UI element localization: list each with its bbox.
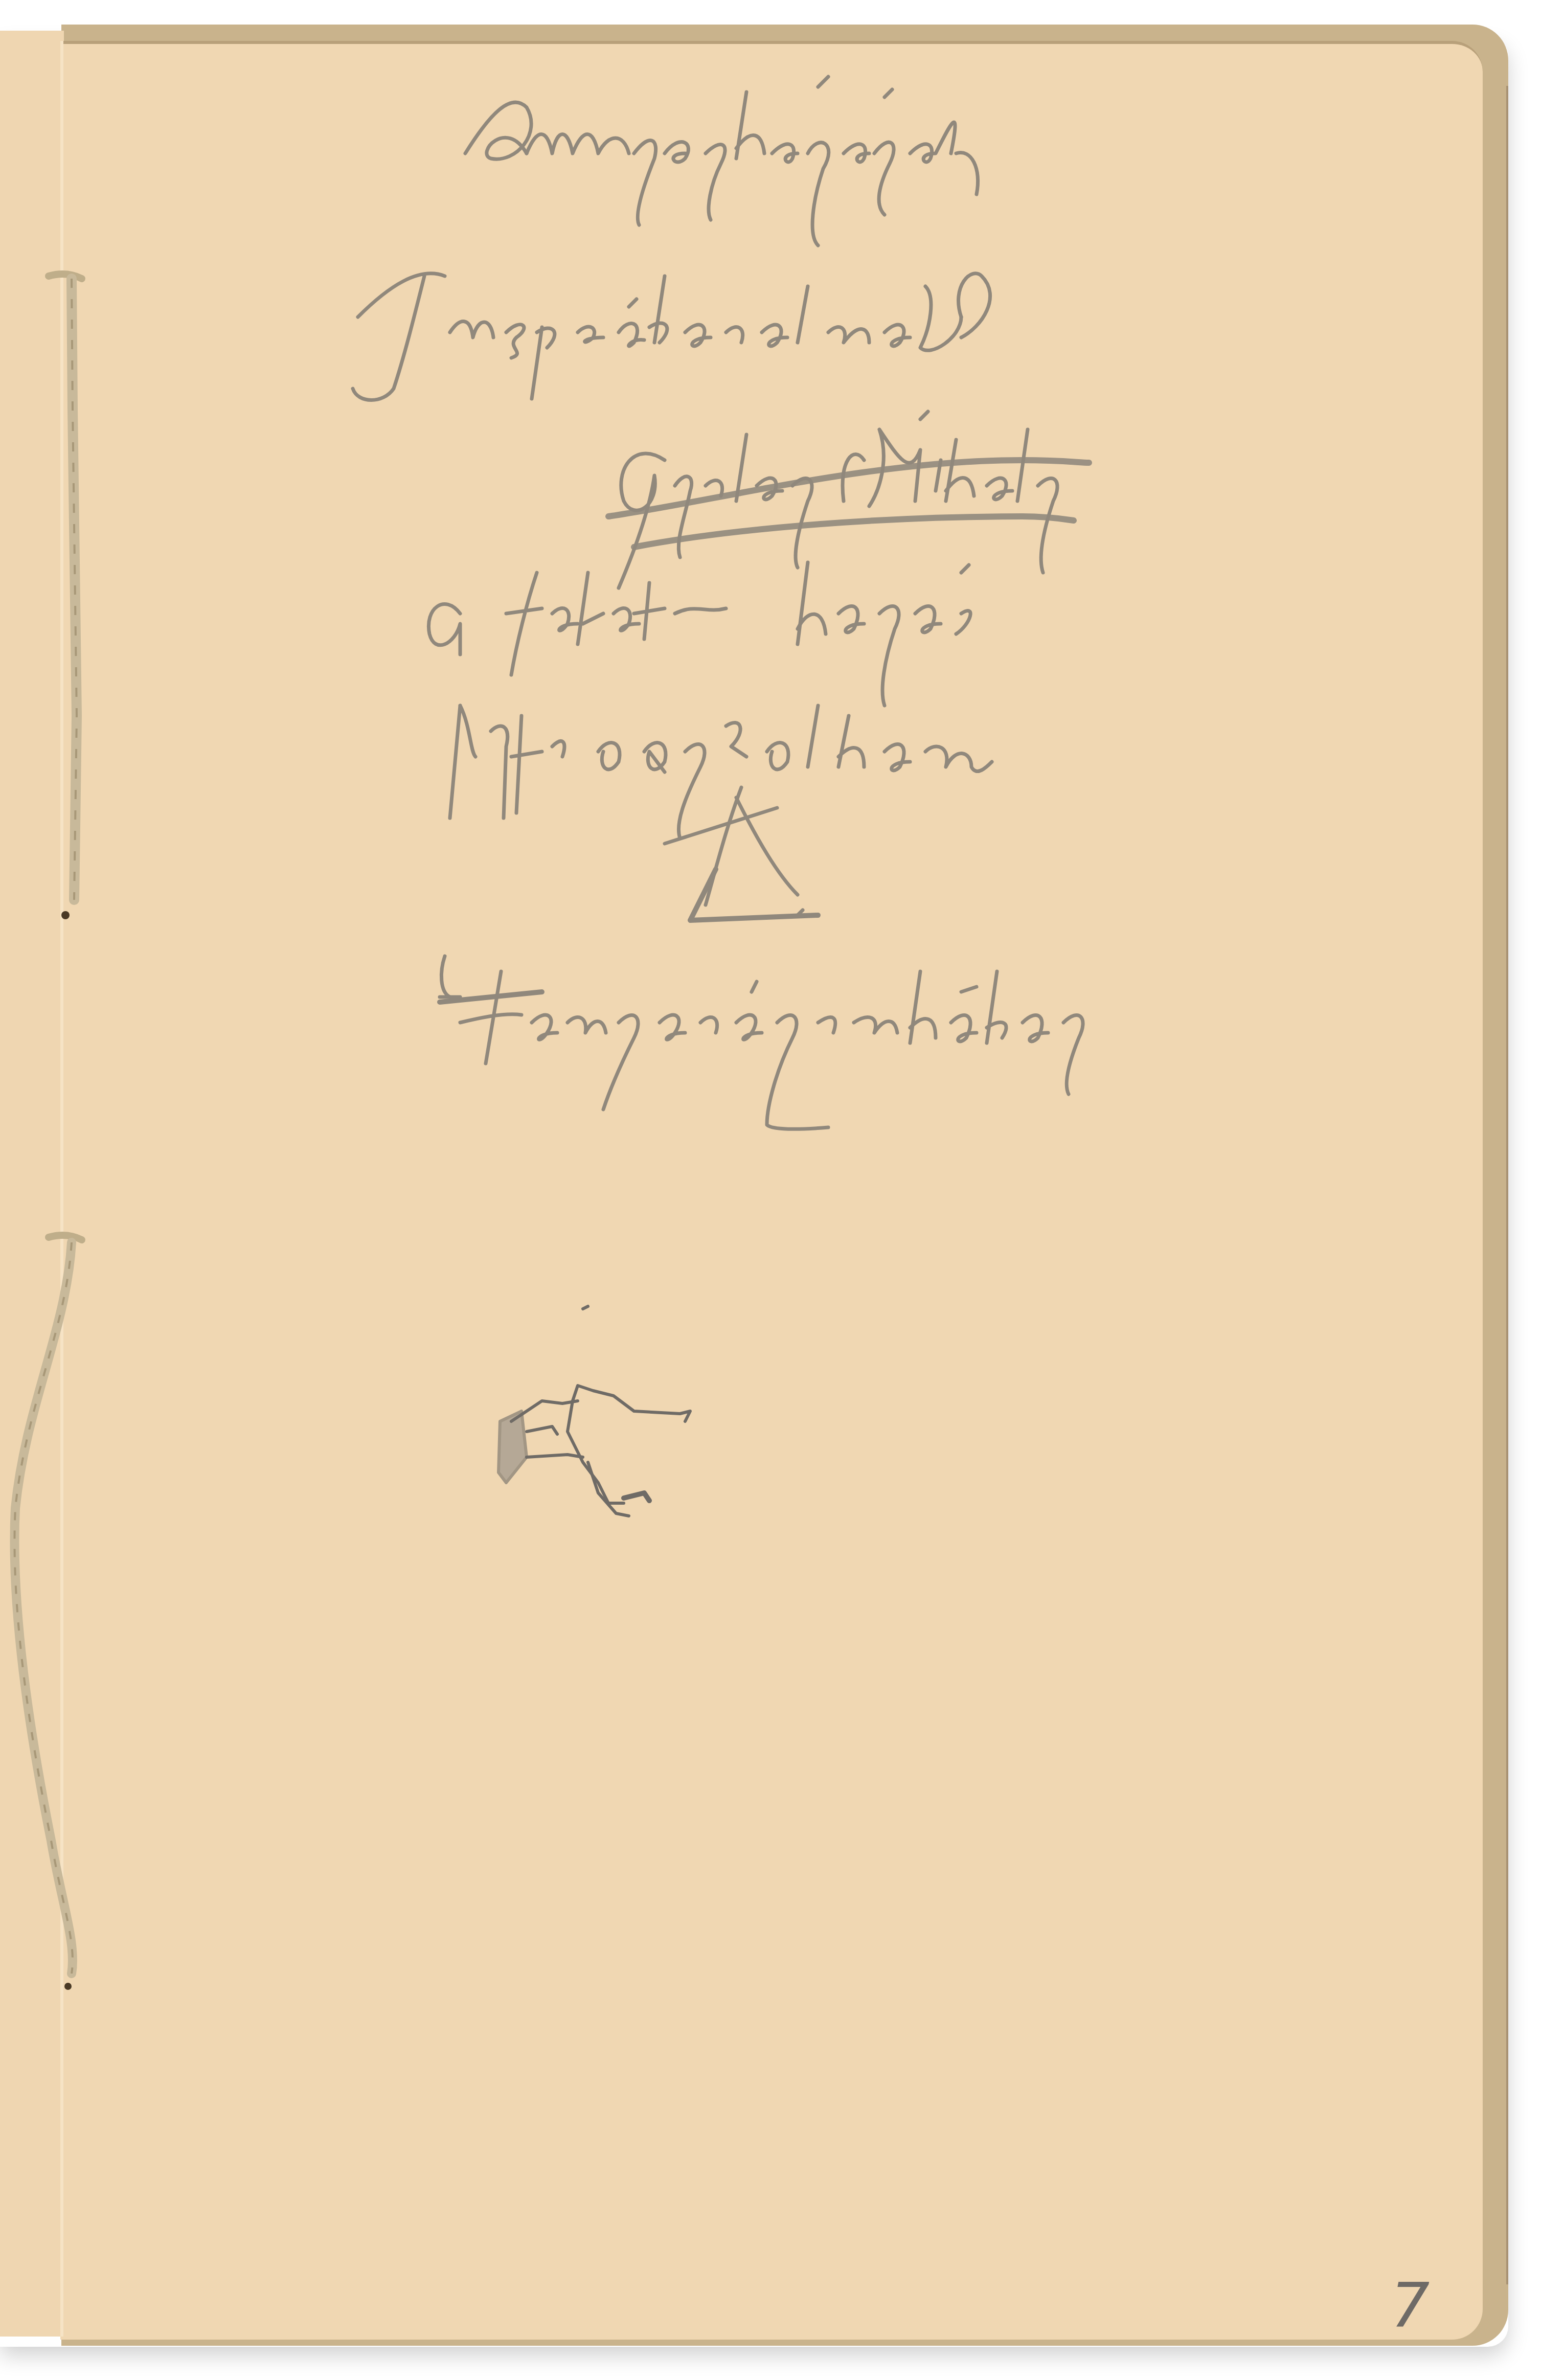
line-inspectoratnal bbox=[353, 274, 990, 400]
line-5-approx bbox=[450, 706, 992, 838]
line-tengereszruhaban bbox=[440, 956, 1083, 1129]
line-a-fekete-hajos bbox=[428, 562, 970, 706]
cross-triangle-mark bbox=[665, 787, 818, 920]
handwritten-notes bbox=[0, 0, 1542, 2380]
line-dunagozhajozasi bbox=[465, 77, 978, 245]
figure-sketch bbox=[498, 1306, 690, 1516]
page-number: 7 bbox=[1391, 2270, 1430, 2341]
line-gyulay-mihaly bbox=[619, 412, 1057, 588]
